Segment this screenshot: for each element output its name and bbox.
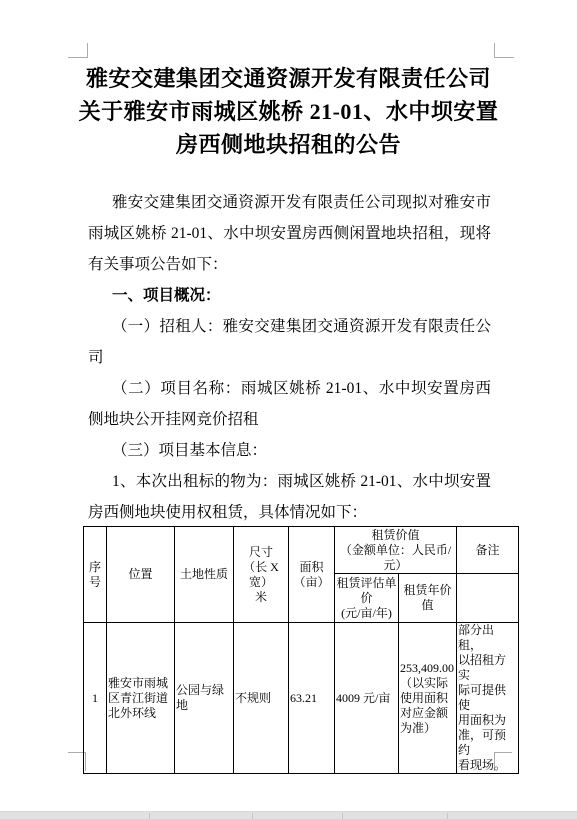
crop-mark-top-right	[494, 43, 514, 58]
page-bottom-bar	[0, 811, 577, 819]
paragraph-lease-subject: 1、本次出租标的物为：雨城区姚桥 21-01、水中坝安置房西侧地块使用权租赁，具…	[88, 466, 491, 528]
bottom-bar-tick	[447, 813, 448, 819]
bottom-bar-tick	[342, 813, 343, 819]
table-header-location: 位置	[107, 527, 175, 623]
table-row: 1 雅安市雨城 区青江街道 北外环线 公园与绿 地 不规则 63.21 4009…	[84, 623, 519, 774]
document-title-line-2: 关于雅安市雨城区姚桥 21-01、水中坝安置	[0, 95, 577, 128]
document-title: 雅安交建集团交通资源开发有限责任公司 关于雅安市雨城区姚桥 21-01、水中坝安…	[0, 62, 577, 161]
cell-unit-price: 4009 元/亩	[335, 623, 399, 774]
table-header-unit-price: 租赁评估单 价 (元/亩/年)	[335, 574, 399, 623]
cell-annual-value: 253,409.00 （以实际 使用面积 对应金额 为准）	[399, 623, 457, 774]
crop-mark-top-left	[68, 43, 88, 58]
paragraph-project-name: （二）项目名称：雨城区姚桥 21-01、水中坝安置房西侧地块公开挂网竞价招租	[88, 373, 491, 435]
cell-land-type: 公园与绿 地	[175, 623, 234, 774]
bottom-bar-tick	[252, 813, 253, 819]
cell-index: 1	[84, 623, 107, 774]
bottom-bar-tick	[149, 813, 150, 819]
document-title-line-1: 雅安交建集团交通资源开发有限责任公司	[0, 62, 577, 95]
cell-location: 雅安市雨城 区青江街道 北外环线	[107, 623, 175, 774]
table-header-remark: 备注	[457, 527, 519, 574]
table-header-remark-sub	[457, 574, 519, 623]
paragraph-lessor: （一）招租人：雅安交建集团交通资源开发有限责任公司	[88, 311, 491, 373]
cell-remark: 部分出租， 以招租方实 际可提供使 用面积为 准，可预约 看现场。	[457, 623, 519, 774]
table-header-annual-value: 租赁年价 值	[399, 574, 457, 623]
section-heading-project-overview: 一、项目概况：	[88, 280, 491, 311]
table-header-index: 序 号	[84, 527, 107, 623]
paragraph-intro: 雅安交建集团交通资源开发有限责任公司现拟对雅安市雨城区姚桥 21-01、水中坝安…	[88, 187, 491, 280]
cell-size: 不规则	[234, 623, 289, 774]
land-lease-table: 序 号 位置 土地性质 尺寸 （长 X 宽） 米 面积 （亩） 租赁价值 （金额…	[83, 526, 519, 774]
table-header-rental-value: 租赁价值 （金额单位：人民币/ 元）	[335, 527, 457, 574]
table-header-size: 尺寸 （长 X 宽） 米	[234, 527, 289, 623]
paragraph-project-info-heading: （三）项目基本信息：	[88, 435, 491, 466]
table-header-area: 面积 （亩）	[289, 527, 335, 623]
document-title-line-3: 房西侧地块招租的公告	[0, 128, 577, 161]
table-header-land-type: 土地性质	[175, 527, 234, 623]
cell-area: 63.21	[289, 623, 335, 774]
document-page: 雅安交建集团交通资源开发有限责任公司 关于雅安市雨城区姚桥 21-01、水中坝安…	[0, 0, 577, 819]
